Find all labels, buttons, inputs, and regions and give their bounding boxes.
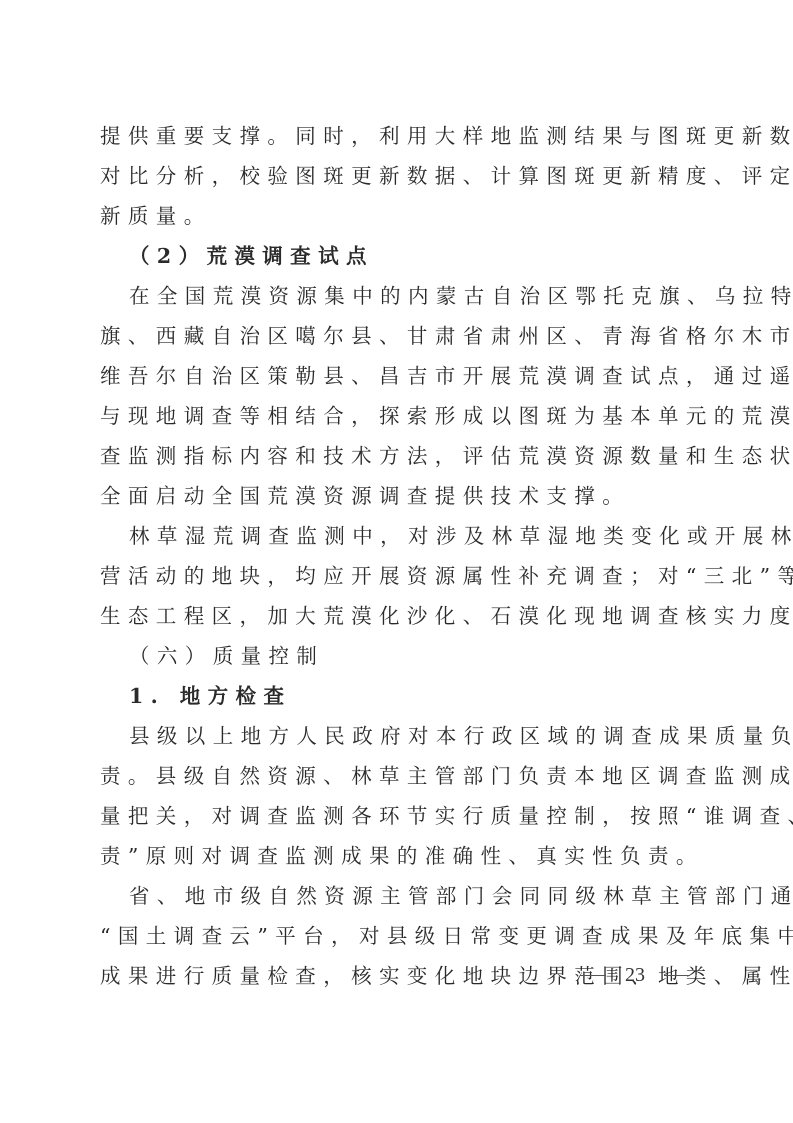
- paragraph-line: 量把关，对调查监测各环节实行质量控制，按照“谁调查、谁负: [100, 796, 694, 836]
- paragraph-line: 责”原则对调查监测成果的准确性、真实性负责。: [100, 836, 694, 876]
- paragraph-line: 旗、西藏自治区噶尔县、甘肃省肃州区、青海省格尔木市、新疆: [100, 316, 694, 356]
- paragraph-line: 维吾尔自治区策勒县、昌吉市开展荒漠调查试点，通过遥感监测: [100, 356, 694, 396]
- document-body: 提供重要支撑。同时，利用大样地监测结果与图斑更新数据进行 对比分析，校验图斑更新…: [100, 116, 694, 996]
- paragraph-line: 省、地市级自然资源主管部门会同同级林草主管部门通过: [100, 876, 694, 916]
- paragraph-line: 林草湿荒调查监测中，对涉及林草湿地类变化或开展林草经: [100, 516, 694, 556]
- subsection-heading-local-inspection: 1. 地方检查: [100, 676, 694, 716]
- paragraph-line: 县级以上地方人民政府对本行政区域的调查成果质量负总: [100, 716, 694, 756]
- subsection-heading-desert-survey-pilot: （2）荒漠调查试点: [100, 236, 694, 276]
- paragraph-line: “国土调查云”平台，对县级日常变更调查成果及年底集中调查: [100, 916, 694, 956]
- page-number: 23: [580, 960, 690, 990]
- paragraph-line: 新质量。: [100, 196, 694, 236]
- dash-right: [664, 975, 690, 976]
- paragraph-line: 与现地调查等相结合，探索形成以图斑为基本单元的荒漠资源调: [100, 396, 694, 436]
- paragraph-line: 营活动的地块，均应开展资源属性补充调查；对“三北”等重点: [100, 556, 694, 596]
- page-number-value: 23: [625, 960, 645, 990]
- paragraph-line: 对比分析，校验图斑更新数据、计算图斑更新精度、评定图斑更: [100, 156, 694, 196]
- paragraph-line: 提供重要支撑。同时，利用大样地监测结果与图斑更新数据进行: [100, 116, 694, 156]
- paragraph-line: 在全国荒漠资源集中的内蒙古自治区鄂托克旗、乌拉特后: [100, 276, 694, 316]
- paragraph-line: 全面启动全国荒漠资源调查提供技术支撑。: [100, 476, 694, 516]
- dash-left: [580, 975, 606, 976]
- section-heading-quality-control: （六）质量控制: [100, 636, 694, 676]
- paragraph-line: 生态工程区，加大荒漠化沙化、石漠化现地调查核实力度。: [100, 596, 694, 636]
- paragraph-line: 查监测指标内容和技术方法，评估荒漠资源数量和生态状况，为: [100, 436, 694, 476]
- paragraph-line: 责。县级自然资源、林草主管部门负责本地区调查监测成果的质: [100, 756, 694, 796]
